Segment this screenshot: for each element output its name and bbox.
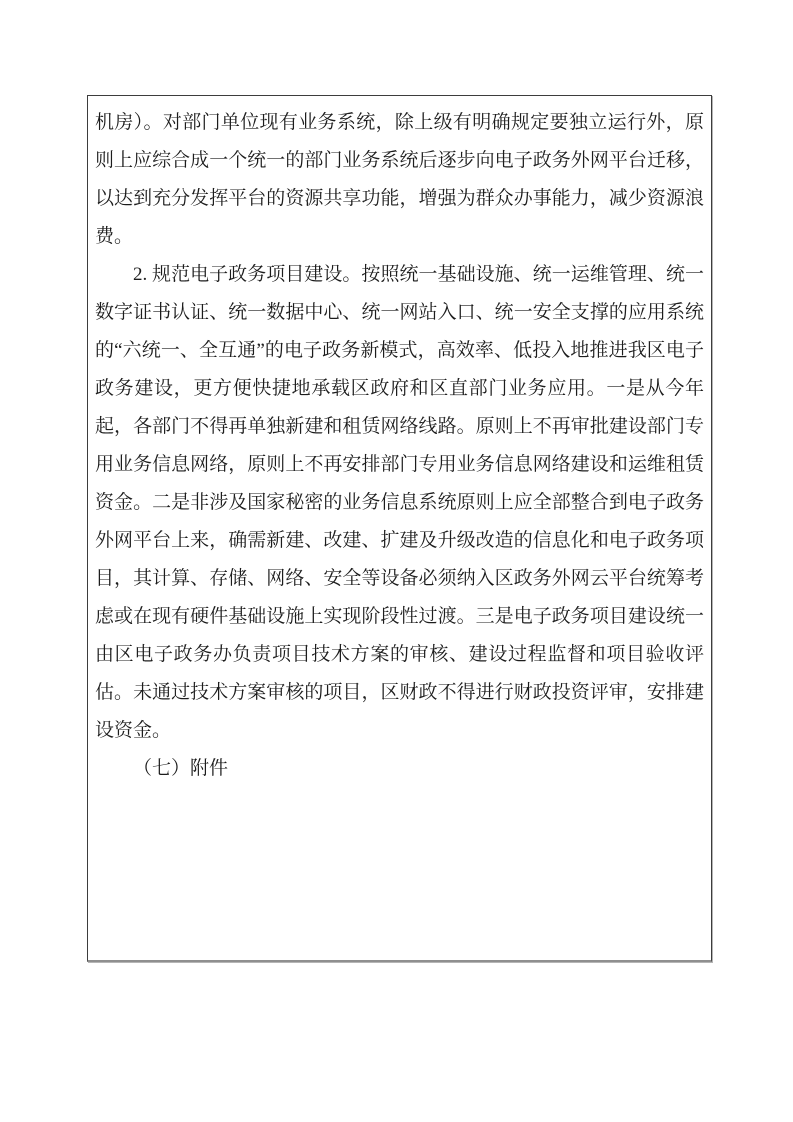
document-page: 机房）。对部门单位现有业务系统，除上级有明确规定要独立运行外，原则上应综合成一个… [0, 0, 793, 1122]
paragraph-item-2: 2. 规范电子政务项目建设。按照统一基础设施、统一运维管理、统一数字证书认证、统… [95, 256, 704, 750]
paragraph-section-7-attachment: （七）附件 [95, 750, 704, 788]
paragraph-continuation: 机房）。对部门单位现有业务系统，除上级有明确规定要独立运行外，原则上应综合成一个… [95, 104, 704, 256]
table-cell: 机房）。对部门单位现有业务系统，除上级有明确规定要独立运行外，原则上应综合成一个… [87, 95, 712, 962]
